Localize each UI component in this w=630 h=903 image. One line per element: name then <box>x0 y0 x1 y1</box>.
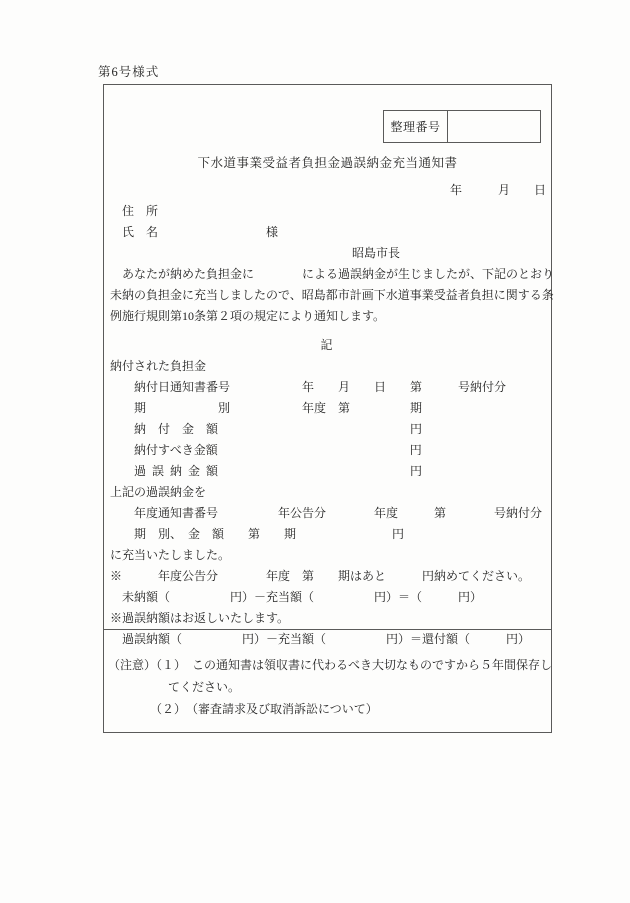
address-line: 住 所 <box>110 201 551 222</box>
document-page: 第6号様式 整理番号 下水道事業受益者負担金過誤納金充当通知書 年 月 日 住 … <box>0 0 630 903</box>
paid-amount-line: 納 付 金 額 円 <box>110 419 551 440</box>
applied-period-amount-line: 期 別、 金 額 第 期 円 <box>110 524 551 545</box>
body-paragraph-line-2: 未納の負担金に充当しましたので、昭島都市計画下水道事業受益者負担に関する条 <box>110 285 551 306</box>
date-line: 年 月 日 <box>110 180 551 201</box>
document-title: 下水道事業受益者負担金過誤納金充当通知書 <box>110 153 551 174</box>
paid-charges-heading: 納付された負担金 <box>110 356 551 377</box>
caution-line-3: （２） （審査請求及び取消訴訟について） <box>108 698 551 720</box>
overpayment-amount-line: 過 誤 納 金 額 円 <box>110 461 551 482</box>
form-number-label: 第6号様式 <box>98 62 159 80</box>
caution-line-2: てください。 <box>108 676 551 698</box>
payable-amount-line: 納付すべき金額 円 <box>110 440 551 461</box>
unpaid-balance-formula-line: 未納額（ 円）－充当額（ 円）＝（ 円） <box>110 587 551 608</box>
installment-period-line: 期 別 年度 第 期 <box>110 398 551 419</box>
payment-date-notice-number-line: 納付日通知書番号 年 月 日 第 号納付分 <box>110 377 551 398</box>
reference-number-value <box>448 111 540 142</box>
body-paragraph-line-1: あなたが納めた負担金に による過誤納金が生じましたが、下記のとおり <box>110 264 551 285</box>
mayor-signature-line: 昭島市長 <box>110 243 551 264</box>
overpayment-applied-intro-line: 上記の過誤納金を <box>110 482 551 503</box>
addressee-name-line: 氏 名 様 <box>110 222 551 243</box>
notice-form-border: 整理番号 下水道事業受益者負担金過誤納金充当通知書 年 月 日 住 所 氏 名 … <box>103 84 552 733</box>
caution-section: （注意）（１） この通知書は領収書に代わるべき大切なものですから５年間保存し て… <box>104 629 551 732</box>
applied-notice-number-line: 年度通知書番号 年公告分 年度 第 号納付分 <box>110 503 551 524</box>
remaining-due-note-line: ※ 年度公告分 年度 第 期はあと 円納めてください。 <box>110 566 551 587</box>
notice-body: 下水道事業受益者負担金過誤納金充当通知書 年 月 日 住 所 氏 名 様 昭島市… <box>104 85 551 629</box>
caution-line-1: （注意）（１） この通知書は領収書に代わるべき大切なものですから５年間保存し <box>108 654 551 676</box>
refund-note-line: ※過誤納額はお返しいたします。 <box>110 608 551 629</box>
reference-number-table: 整理番号 <box>383 110 541 143</box>
reference-number-label: 整理番号 <box>384 111 448 142</box>
ki-heading: 記 <box>110 335 551 356</box>
body-paragraph-line-3: 例施行規則第10条第２項の規定により通知します。 <box>110 306 551 327</box>
applied-conclusion-line: に充当いたしました。 <box>110 545 551 566</box>
